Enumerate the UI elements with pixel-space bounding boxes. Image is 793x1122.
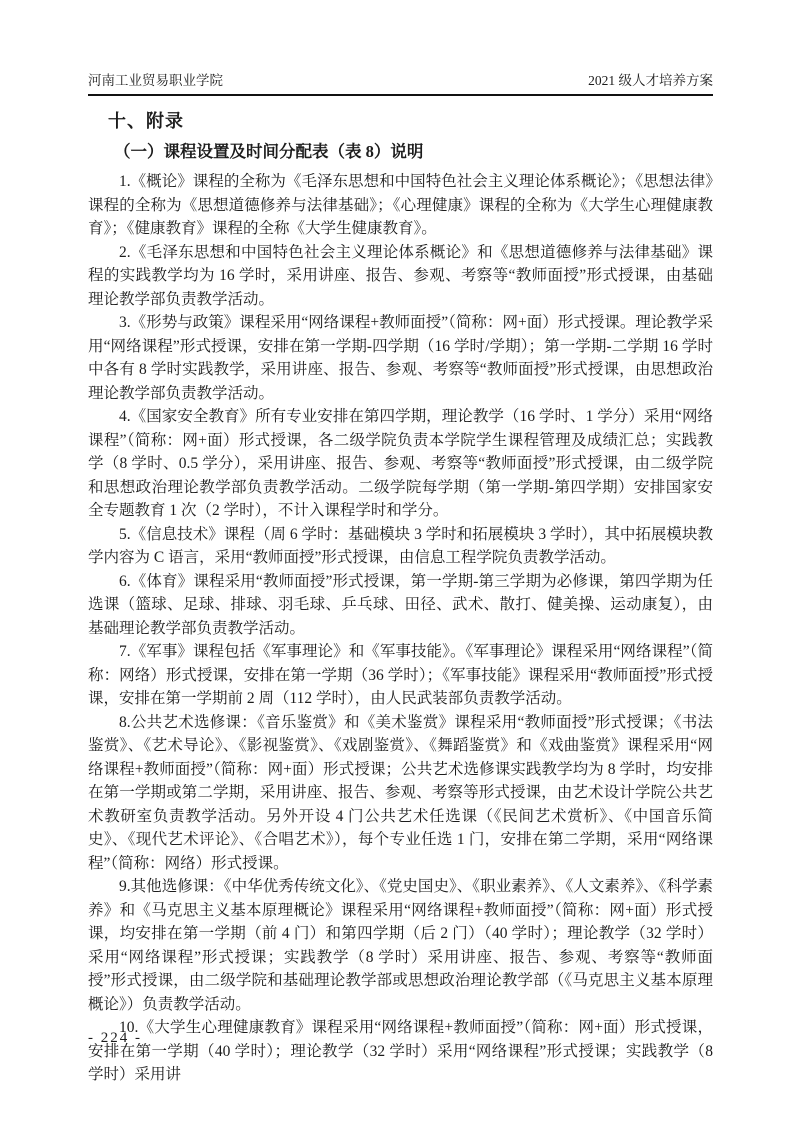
section-title: 十、附录 xyxy=(88,108,713,134)
header-plan-title: 2021 级人才培养方案 xyxy=(588,72,713,90)
page-number: - 224 - xyxy=(88,1030,142,1047)
paragraph: 8.公共艺术选修课：《音乐鉴赏》和《美术鉴赏》课程采用“教师面授”形式授课；《书… xyxy=(88,711,713,876)
page-header: 河南工业贸易职业学院 2021 级人才培养方案 xyxy=(88,72,713,96)
body-text: 1.《概论》课程的全称为《毛泽东思想和中国特色社会主义理论体系概论》；《思想法律… xyxy=(88,170,713,1087)
paragraph: 9.其他选修课：《中华优秀传统文化》、《党史国史》、《职业素养》、《人文素养》、… xyxy=(88,875,713,1016)
paragraph: 6.《体育》课程采用“教师面授”形式授课，第一学期-第三学期为必修课，第四学期为… xyxy=(88,570,713,641)
paragraph: 2.《毛泽东思想和中国特色社会主义理论体系概论》和《思想道德修养与法律基础》课程… xyxy=(88,241,713,312)
subsection-title: （一）课程设置及时间分配表（表 8）说明 xyxy=(88,140,713,164)
page-content: 十、附录 （一）课程设置及时间分配表（表 8）说明 1.《概论》课程的全称为《毛… xyxy=(88,108,713,1087)
paragraph: 4.《国家安全教育》所有专业安排在第四学期，理论教学（16 学时、1 学分）采用… xyxy=(88,405,713,523)
paragraph: 5.《信息技术》课程（周 6 学时：基础模块 3 学时和拓展模块 3 学时），其… xyxy=(88,523,713,570)
header-school-name: 河南工业贸易职业学院 xyxy=(88,72,223,90)
paragraph: 7.《军事》课程包括《军事理论》和《军事技能》。《军事理论》课程采用“网络课程”… xyxy=(88,640,713,711)
document-page: 河南工业贸易职业学院 2021 级人才培养方案 十、附录 （一）课程设置及时间分… xyxy=(0,0,793,1122)
paragraph: 3.《形势与政策》课程采用“网络课程+教师面授”（简称：网+面）形式授课。理论教… xyxy=(88,311,713,405)
paragraph: 10.《大学生心理健康教育》课程采用“网络课程+教师面授”（简称：网+面）形式授… xyxy=(88,1016,713,1087)
paragraph: 1.《概论》课程的全称为《毛泽东思想和中国特色社会主义理论体系概论》；《思想法律… xyxy=(88,170,713,241)
